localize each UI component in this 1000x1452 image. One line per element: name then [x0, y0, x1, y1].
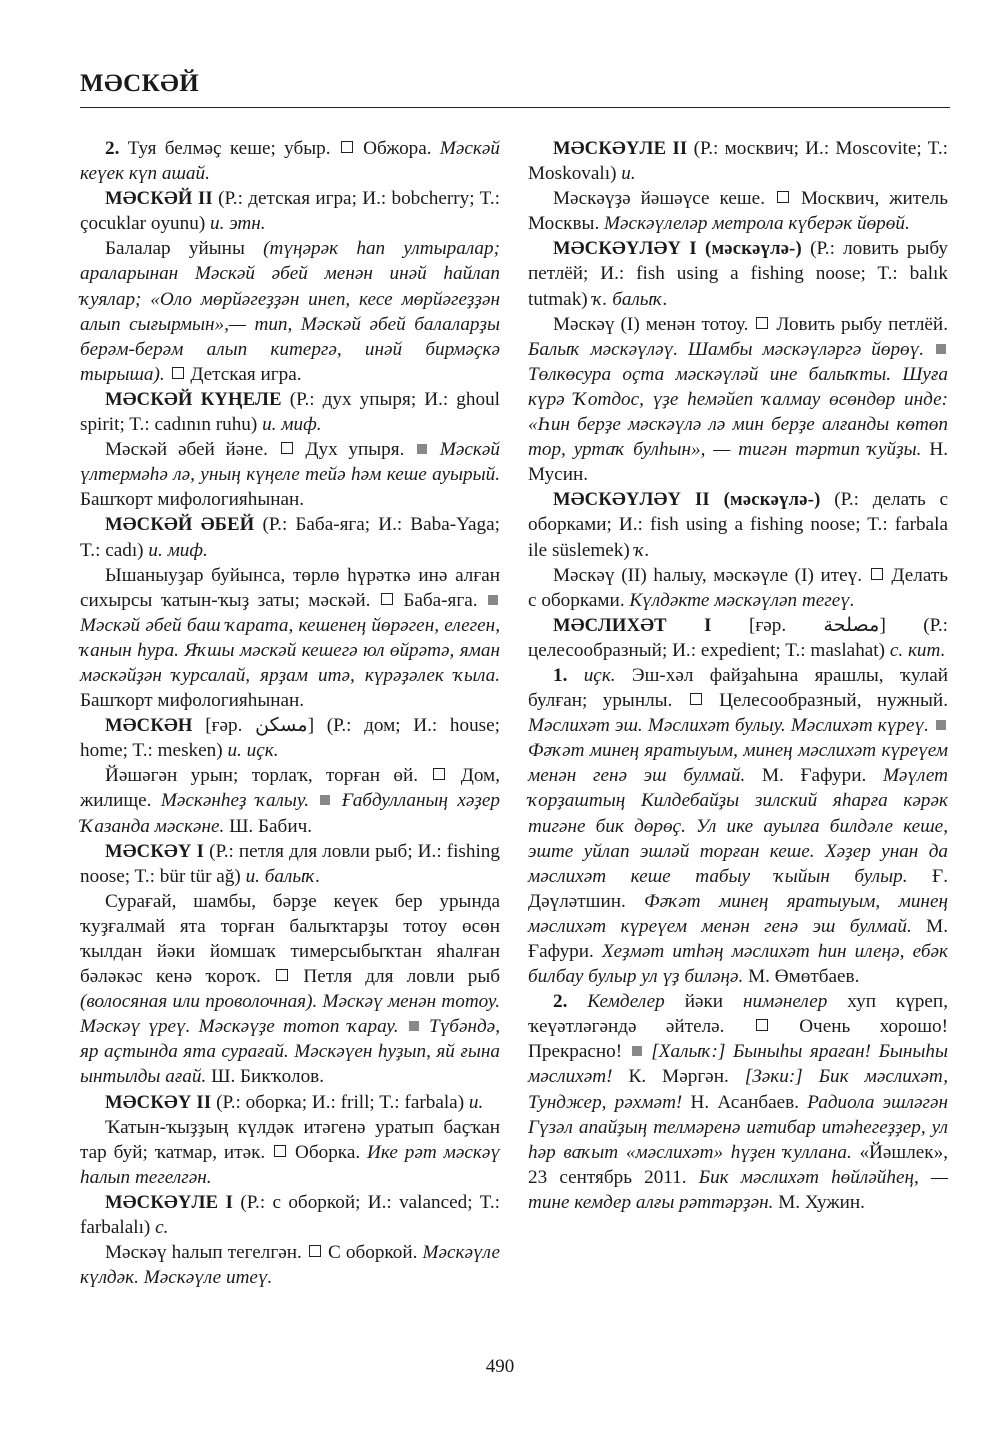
text: М. Ғафури.	[745, 765, 883, 786]
italic-text: Төлкөсура оҫта мәскәүләй ине балыҡты. Шу…	[528, 364, 948, 460]
text: Дух упыря.	[295, 439, 416, 460]
dictionary-headword-entry: МӘСКӘЙ КҮҢЕЛЕ (Р.: дух упыря; И.: ghoul …	[80, 387, 500, 437]
text	[924, 339, 934, 360]
text: К. Мәргән.	[613, 1066, 745, 1087]
text: Мәскәү (I) менән тотоу.	[553, 314, 754, 335]
citation-marker-icon	[488, 595, 498, 605]
right-column: МӘСКӘҮЛЕ II (Р.: москвич; И.: Moscovite;…	[528, 136, 948, 1215]
text: Башҡорт мифологияһынан.	[80, 690, 304, 711]
headword: МӘСКӘҮЛЕ II	[553, 138, 687, 159]
italic-text: Мәскәнһеҙ ҡалыу.	[161, 790, 309, 811]
text: Ш. Бабич.	[224, 816, 312, 837]
citation-marker-icon	[936, 344, 946, 354]
italic-text: и. иҫк.	[227, 740, 278, 761]
dictionary-sense: 2. Туя белмәҫ кеше; убыр. Обжора. Мәскәй…	[80, 136, 500, 186]
dictionary-headword-entry: МӘСКӘЙ II (Р.: детская игра; И.: bobcher…	[80, 186, 500, 236]
dictionary-definition: Ҡатын-ҡыҙҙың күлдәк итәгенә уратып баҫҡа…	[80, 1115, 500, 1190]
dictionary-headword-entry: МӘСКӘН [ғәр. مسكن] (Р.: дом; И.: house; …	[80, 713, 500, 763]
dictionary-definition: Мәскәүҙә йәшәүсе кеше. Москвич, житель М…	[528, 186, 948, 236]
headword: МӘСКӘН	[105, 715, 193, 736]
dictionary-sense: 1. иҫк. Эш-хәл файҙаһына ярашлы, ҡулай б…	[528, 663, 948, 989]
citation-marker-icon	[936, 720, 946, 730]
text: (Р.: оборка; И.: frill; T.: farbala)	[211, 1092, 469, 1113]
text	[309, 790, 318, 811]
text: Мәскәүҙә йәшәүсе кеше.	[553, 188, 775, 209]
italic-text: и. этн.	[210, 213, 266, 234]
text: Детская игра.	[186, 364, 302, 385]
text	[929, 715, 934, 736]
text: Башҡорт мифологияһынан.	[80, 489, 304, 510]
dictionary-definition: Мәскәү (I) менән тотоу. Ловить рыбу петл…	[528, 312, 948, 488]
text	[399, 1016, 407, 1037]
headword: МӘСКӘҮЛӘҮ II (мәскәүлә-)	[553, 489, 821, 510]
headword: МӘСКӘЙ КҮҢЕЛЕ	[105, 389, 282, 410]
text: Йәшәгән урын; торлаҡ, торған өй.	[105, 765, 431, 786]
left-column: 2. Туя белмәҫ кеше; убыр. Обжора. Мәскәй…	[80, 136, 500, 1290]
italic-text: Мәскәүлеләр метрола күберәк йөрөй.	[604, 213, 910, 234]
text: Ловить рыбу петлёй.	[770, 314, 948, 335]
sense-number: 2.	[105, 138, 128, 159]
dictionary-definition: Мәскәү (II) һалыу, мәскәүле (I) итеү. Де…	[528, 563, 948, 613]
dictionary-definition: Мәскәү һалып тегелгән. С оборкой. Мәскәү…	[80, 1240, 500, 1290]
dictionary-definition: Сурағай, шамбы, бәрҙе кеүек бер урында ҡ…	[80, 889, 500, 1090]
dictionary-headword-entry: МӘСКӘҮЛЕ I (Р.: с оборкой; И.: valanced;…	[80, 1190, 500, 1240]
dictionary-sense: 2. Кемделер йәки нимәнелер хуп күреп, ҡе…	[528, 989, 948, 1215]
dictionary-headword-entry: МӘСКӘҮЛӘҮ I (мәскәүлә-) (Р.: ловить рыбу…	[528, 236, 948, 311]
italic-text: и.	[621, 163, 635, 184]
text: С оборкой.	[323, 1242, 423, 1263]
text: М. Өмөтбаев.	[743, 966, 859, 987]
headword: МӘСКӘҮ I	[105, 841, 204, 862]
text	[165, 364, 170, 385]
citation-marker-icon	[320, 795, 330, 805]
header-divider	[80, 107, 950, 108]
italic-text: Балыҡ мәскәүләү. Шамбы мәскәүләргә йөрөү…	[528, 339, 924, 360]
dictionary-definition: Балалар уйыны (түңәрәк һап ултыралар; ар…	[80, 236, 500, 387]
italic-text: Кемделер	[587, 991, 664, 1012]
citation-marker-icon	[409, 1021, 419, 1031]
russian-translation-marker-icon	[756, 317, 768, 329]
italic-text: Мәскәй әбей баш ҡарата, кешенең йөрәген,…	[80, 615, 500, 686]
dictionary-headword-entry: МӘСКӘҮ I (Р.: петля для ловли рыб; И.: f…	[80, 839, 500, 889]
page-number: 490	[0, 1356, 1000, 1378]
text: Мәскәү (II) һалыу, мәскәүле (I) итеү.	[553, 565, 869, 586]
text: йәки	[665, 991, 743, 1012]
italic-text: нимәнелер	[743, 991, 827, 1012]
text: Мәскәй әбей йәне.	[105, 439, 279, 460]
italic-text: Мәслихәт эш. Мәслихәт булыу. Мәслихәт кү…	[528, 715, 929, 736]
headword: МӘСКӘЙ II	[105, 188, 213, 209]
dictionary-headword-entry: МӘСКӘҮ II (Р.: оборка; И.: frill; T.: fa…	[80, 1090, 500, 1115]
text: Балалар уйыны	[105, 238, 263, 259]
text: Туя белмәҫ кеше; убыр.	[128, 138, 339, 159]
russian-translation-marker-icon	[341, 141, 353, 153]
text: Ш. Бикҡолов.	[206, 1066, 324, 1087]
russian-translation-marker-icon	[274, 1145, 286, 1157]
text: Мәскәү һалып тегелгән.	[105, 1242, 307, 1263]
headword: МӘСКӘҮ II	[105, 1092, 211, 1113]
russian-translation-marker-icon	[276, 969, 288, 981]
dictionary-definition: Йәшәгән урын; торлаҡ, торған өй. Дом, жи…	[80, 763, 500, 838]
text: Баба-яга.	[395, 590, 486, 611]
russian-translation-marker-icon	[777, 191, 789, 203]
citation-marker-icon	[417, 444, 427, 454]
russian-translation-marker-icon	[756, 1019, 768, 1031]
text: Обжора.	[355, 138, 440, 159]
dictionary-headword-entry: МӘСКӘҮЛӘҮ II (мәскәүлә-) (Р.: делать с о…	[528, 487, 948, 562]
citation-marker-icon	[632, 1046, 642, 1056]
russian-translation-marker-icon	[172, 367, 184, 379]
italic-text: и.	[469, 1092, 483, 1113]
italic-text: с.	[155, 1217, 168, 1238]
russian-translation-marker-icon	[281, 442, 293, 454]
headword: МӘСКӘҮЛЕ I	[105, 1192, 233, 1213]
text: Н. Асанбаев.	[682, 1092, 807, 1113]
headword: МӘСЛИХӘТ I	[553, 615, 712, 636]
dictionary-definition: Мәскәй әбей йәне. Дух упыря. Мәскәй үлте…	[80, 437, 500, 512]
headword: МӘСКӘЙ ӘБЕЙ	[105, 514, 254, 535]
russian-translation-marker-icon	[381, 593, 393, 605]
italic-text: с. кит.	[890, 640, 946, 661]
text: Петля для ловли рыб	[290, 966, 500, 987]
sense-number: 1.	[553, 665, 584, 686]
headword: МӘСКӘҮЛӘҮ I (мәскәүлә-)	[553, 238, 802, 259]
dictionary-definition: Ышаныуҙар буйынса, төрлө һүрәткә инә алғ…	[80, 563, 500, 714]
italic-text: иҫк.	[584, 665, 616, 686]
italic-text: Күлдәкте мәскәүләп тегеү.	[629, 590, 854, 611]
sense-number: 2.	[553, 991, 587, 1012]
italic-text: и. балыҡ.	[246, 866, 321, 887]
text: М. Хужин.	[773, 1192, 865, 1213]
dictionary-headword-entry: МӘСЛИХӘТ I [ғәр. مصلحة] (Р.: целесообраз…	[528, 613, 948, 663]
dictionary-headword-entry: МӘСКӘҮЛЕ II (Р.: москвич; И.: Moscovite;…	[528, 136, 948, 186]
russian-translation-marker-icon	[871, 568, 883, 580]
dictionary-headword-entry: МӘСКӘЙ ӘБЕЙ (Р.: Баба-яга; И.: Baba-Yaga…	[80, 512, 500, 562]
italic-text: ҡ.	[635, 540, 650, 561]
russian-translation-marker-icon	[433, 768, 445, 780]
russian-translation-marker-icon	[309, 1245, 321, 1257]
running-head: МӘСКӘЙ	[80, 70, 199, 98]
italic-text: и. миф.	[262, 414, 321, 435]
text: Оборка.	[288, 1142, 367, 1163]
russian-translation-marker-icon	[690, 693, 702, 705]
italic-text: и. миф.	[148, 540, 207, 561]
italic-text: ҡ. балыҡ.	[592, 289, 667, 310]
text: Целесообразный, нужный.	[704, 690, 948, 711]
